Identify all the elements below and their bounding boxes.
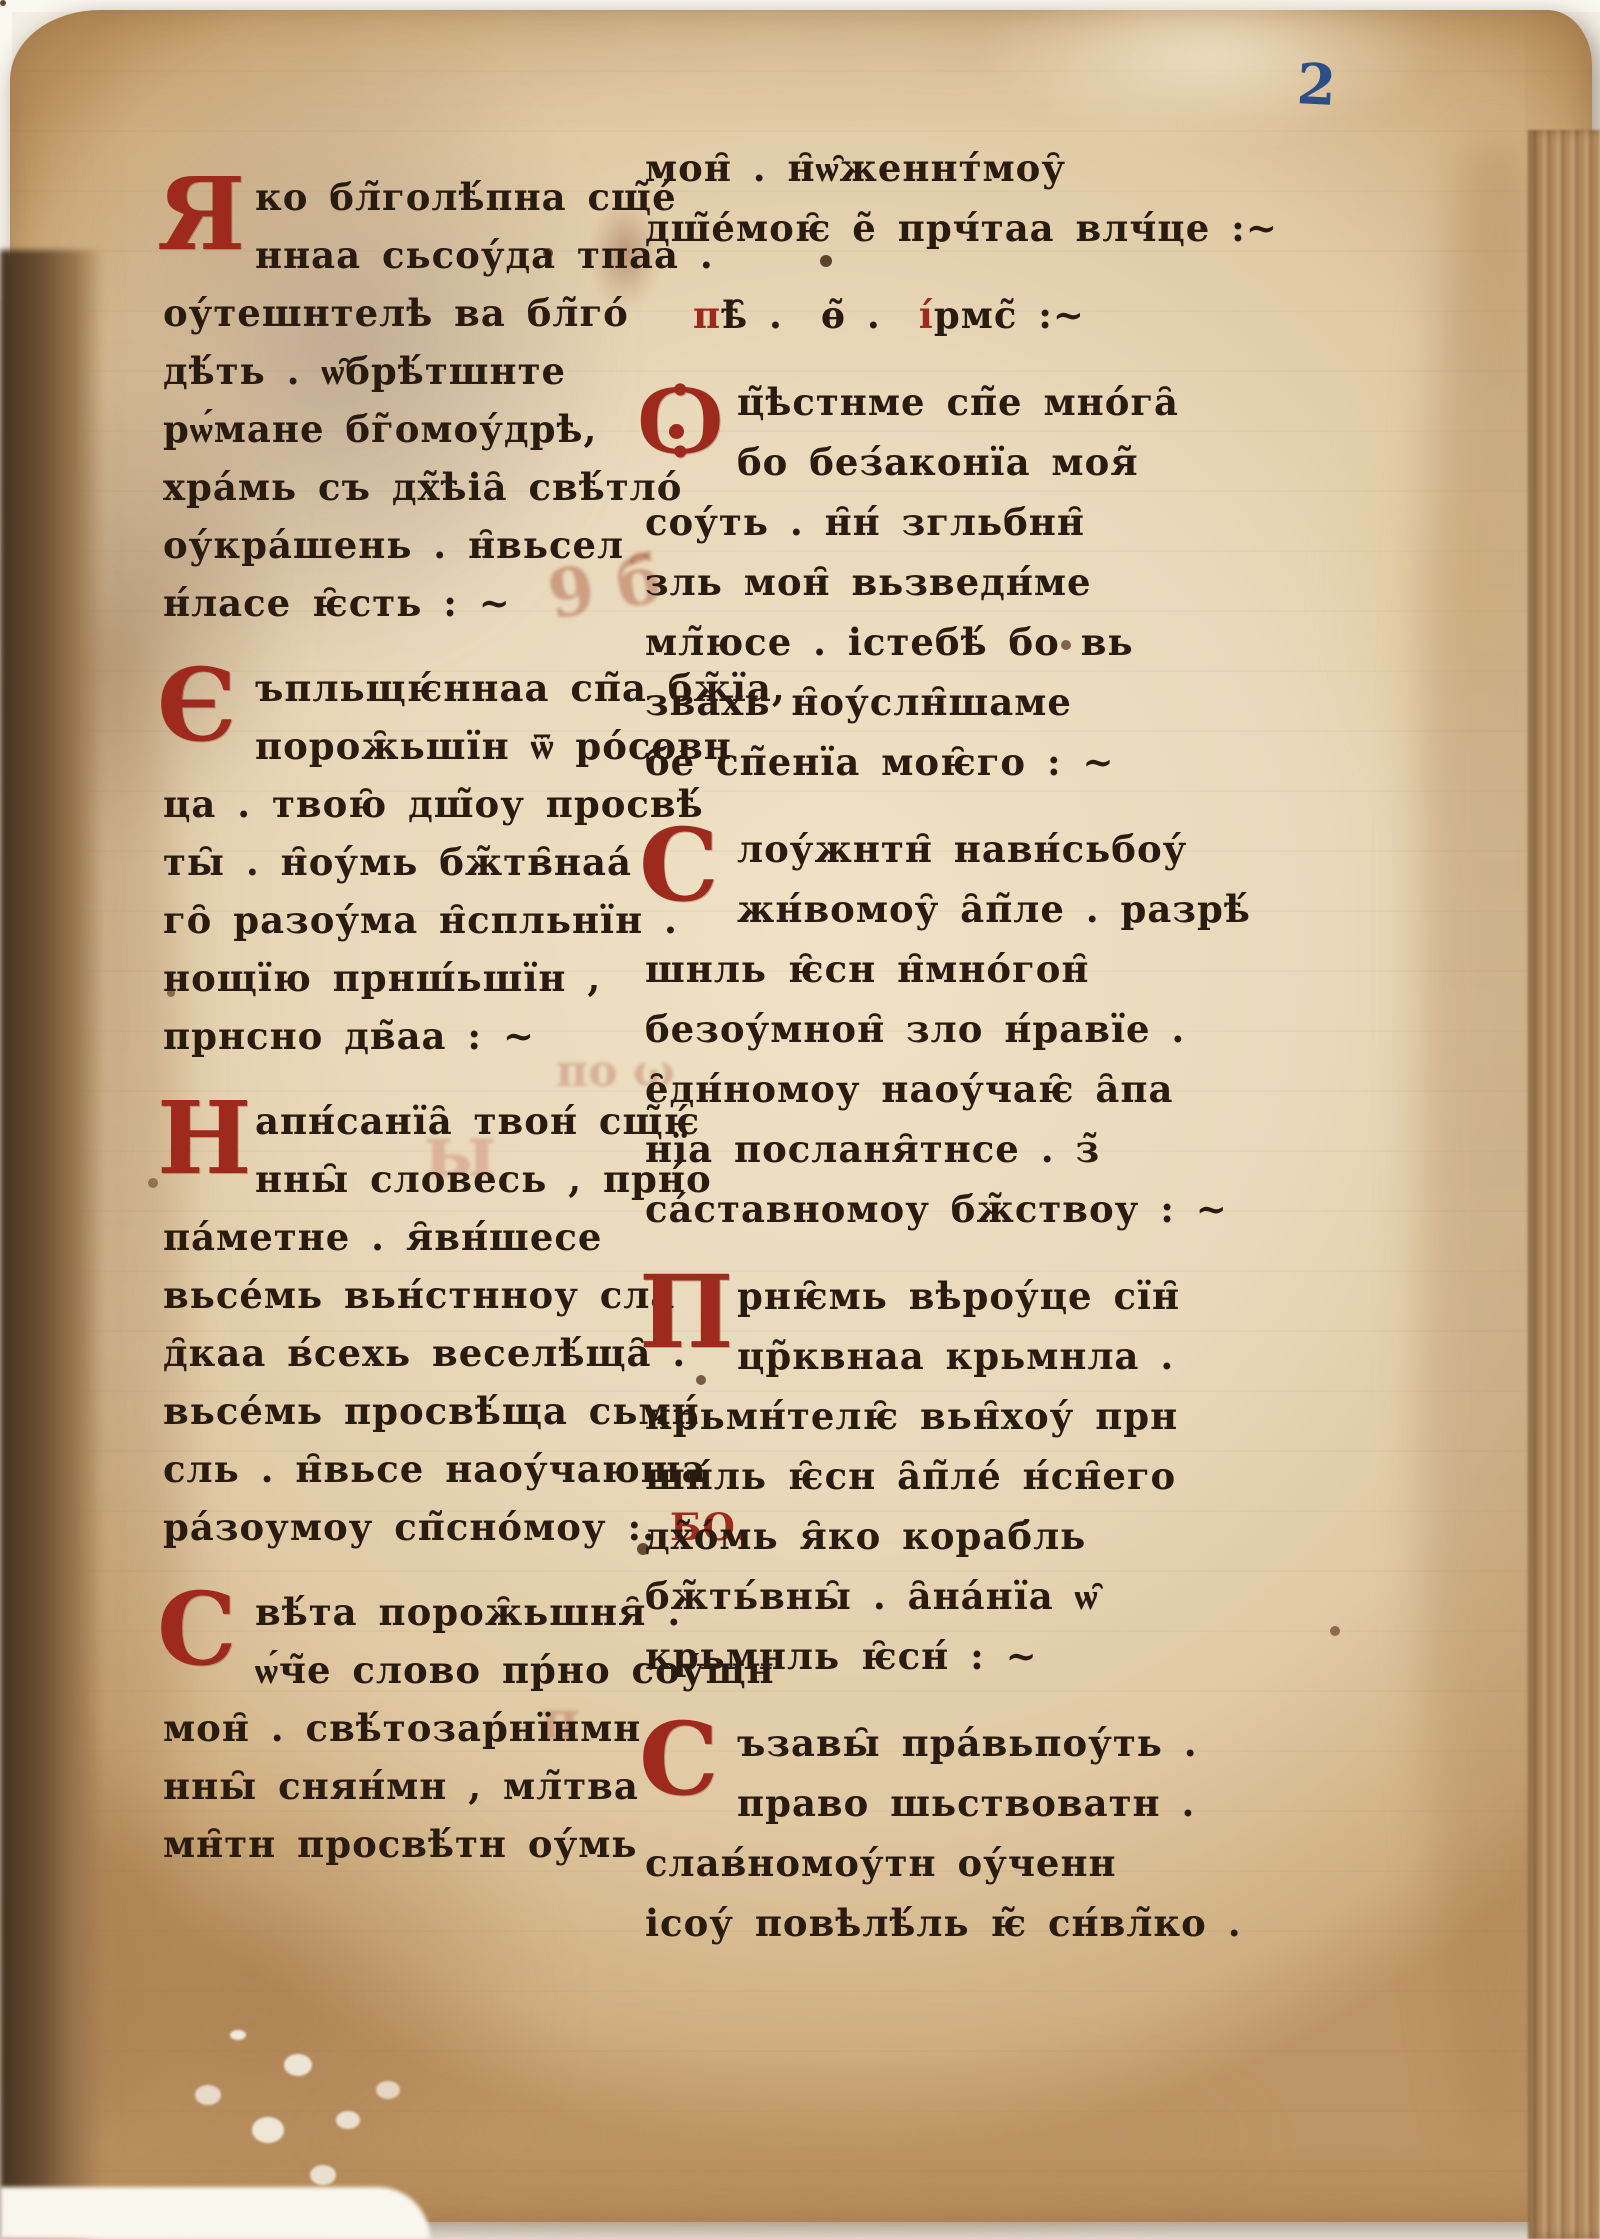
text-line: мл̃юсе . істебѣ́ бо вь (645, 612, 1285, 672)
text-line: дш̃е́моѥ̑ е̃ прч́таа влч́це :~ (645, 198, 1285, 258)
text-line: звахь н̑оу́слн̑шаме (645, 672, 1285, 732)
text-line: ъзавы̑ пра́вьпоу́ть . (645, 1713, 1285, 1773)
text-line: ісоу́ повѣлѣ́ль ѥ̃ сн́вл̃ко . (645, 1893, 1285, 1953)
paragraph-lines: ъзавы̑ пра́вьпоу́ть .право шьствоватн .с… (645, 1713, 1285, 1953)
text-line: нны̑ снян́мн , мл̃тва (163, 1757, 593, 1815)
text-line: безоу́мнон̑ зло н́равїе . (645, 999, 1285, 1059)
wormholes (0, 0, 6, 6)
text-line: дх̃о́мь я̑ко кораб́ль (645, 1506, 1285, 1566)
paragraph: Н апн́санїа̑ твон́ сщ̃ѥ́нны̑ словесь , п… (163, 1092, 593, 1556)
paragraph: Є ъпльщѥ́ннаа сп̃а бж̃їа,порож̑ьшїн ѿ ро… (163, 659, 593, 1065)
text-line: цр̃квнаа крьмнла . (645, 1326, 1285, 1386)
drop-cap-initial: Н (157, 1088, 252, 1188)
text-line: бе́ сп̃енїа моѥ̑го : ~ (645, 732, 1285, 792)
text-line: ц̃ѣстнме сп̃е мно́га̑ (645, 372, 1285, 432)
drop-cap-initial: Є (157, 655, 238, 755)
text-line: оу́тешнтелѣ ва бл̃го́ (163, 284, 593, 342)
paragraph-lines: мон̑ . н̑ѡ̑женнт́моу̑дш̃е́моѥ̑ е̃ прч́та… (645, 138, 1285, 258)
folio-number: 2 (1295, 51, 1337, 119)
text-line: ра́зоумоу сп̃сно́моу :.БО. (163, 1498, 593, 1556)
text-line: прнсно дв̃аа : ~ (163, 1007, 593, 1065)
text-line: мн̑тн просвѣ́тн оу́мь (163, 1815, 593, 1873)
paragraph-lines: лоу́жнтн̑ навн́сьбоу́жн́вомоу̑ а̑п̃ле . … (645, 819, 1285, 1239)
text-line: зль мон̑ вьзведн́ме (645, 552, 1285, 612)
text-line: крьмн́телѥ̑ вьн̑хоу́ прн (645, 1386, 1285, 1446)
text-line: бо без́аконїа моя̃ (645, 432, 1285, 492)
paragraph-lines: рнѥ̑мь вѣроу́це сїн̑цр̃квнаа крьмнла .кр… (645, 1266, 1285, 1686)
text-line: мон̑ . н̑ѡ̑женнт́моу̑ (645, 138, 1285, 198)
left-text-column: Я ко бл̃голѣ́пна сщ̃е́ннаа сьсоу́да тпаа… (163, 168, 593, 1873)
text-line: право шьствоватн . (645, 1773, 1285, 1833)
text-line: па́метне . я̑вн́шесе (163, 1208, 593, 1266)
text-line: дѣ́ть . ѡ̑брѣ́тшнте (163, 342, 593, 400)
rubric-segment: ѳ̃ . (821, 285, 881, 345)
manuscript-photo: 2 9 б̑ ы по ω п Я ко бл̃голѣ́пна сщ̃е́нн… (0, 0, 1600, 2239)
paragraph: П рнѥ̑мь вѣроу́це сїн̑цр̃квнаа крьмнла .… (645, 1266, 1285, 1686)
rubric-segment: ѣ̑ . (721, 285, 783, 345)
paragraph: С ъзавы̑ пра́вьпоу́ть .право шьствоватн … (645, 1713, 1285, 1953)
right-text-column: мон̑ . н̑ѡ̑женнт́моу̑дш̃е́моѥ̑ е̃ прч́та… (645, 138, 1285, 1953)
paragraph: С лоу́жнтн̑ навн́сьбоу́жн́вомоу̑ а̑п̃ле … (645, 819, 1285, 1239)
text-line: са́ставномоу бж̃ствоу : ~ (645, 1179, 1285, 1239)
text-line: рнѥ̑мь вѣроу́це сїн̑ (645, 1266, 1285, 1326)
drop-cap-initial: Я (157, 164, 246, 264)
rubric-segment: рмс̃ :~ (934, 285, 1085, 345)
drop-cap-initial: С (157, 1579, 238, 1679)
text-line: жн́вомоу̑ а̑п̃ле . разрѣ́ (645, 879, 1285, 939)
text-line: шн́ль ѥ̑сн а̑п̃ле́ н́сн̑его (645, 1446, 1285, 1506)
text-line: хра́мь съ дх̃ѣіа̑ свѣ́тло́ (163, 458, 593, 516)
text-line: ца . твою̑ дш̃оу просвѣ́ (163, 775, 593, 833)
page-edges-right (1528, 130, 1600, 2239)
torn-corner-bottom-left (0, 2187, 430, 2239)
paragraph: мон̑ . н̑ѡ̑женнт́моу̑дш̃е́моѥ̑ е̃ прч́та… (645, 138, 1285, 258)
text-line: вьсе́мь вьн́стнноу сла́ (163, 1266, 593, 1324)
paragraph: С вѣ́та порож̑ьшня̑ .ѡ́ч̃е слово пр́но с… (163, 1583, 593, 1873)
text-line: оу́кра́шень . н̑вьсел (163, 516, 593, 574)
text-line: вьсе́мь просвѣ́ща сьмн́ (163, 1382, 593, 1440)
paragraph-lines: ц̃ѣстнме сп̃е мно́га̑бо без́аконїа моя̃с… (645, 372, 1285, 792)
wax-drips (230, 2030, 246, 2040)
drop-cap-initial: С (639, 1709, 720, 1809)
text-line: слав́номоу́тн оу́ченн (645, 1833, 1285, 1893)
text-line: соу́ть . н̑н́ згльбнн̑ (645, 492, 1285, 552)
text-line: сль . н̑вьсе наоу́чающа (163, 1440, 593, 1498)
drop-cap-initial: П (639, 1262, 734, 1362)
rubric-line: пѣ̑ .ѳ̃ .і́рмс̃ :~ (645, 285, 1285, 345)
text-line: н́ласе ѥ̑сть : ~ (163, 574, 593, 632)
text-line: шнль ѥ̑сн н̑мно́гон̑ (645, 939, 1285, 999)
rubric-segment: і́ (919, 285, 934, 345)
text-line: д̑каа в́сехь веселѣ́ща̑ . (163, 1324, 593, 1382)
drop-cap-initial: С (639, 815, 720, 915)
text-line: мон̑ . свѣ́тозар́нїнмн (163, 1699, 593, 1757)
text-line: го̑ разоу́ма н̑спльнїн . (163, 891, 593, 949)
paragraph: Я ко бл̃голѣ́пна сщ̃е́ннаа сьсоу́да тпаа… (163, 168, 593, 632)
text-line: ты̑ . н̑оу́мь бж̃тв̑наа́ (163, 833, 593, 891)
text-line: бж̃ть́вны̑ . а̑на́нїа ѡ̑ (645, 1566, 1285, 1626)
text-line: лоу́жнтн̑ навн́сьбоу́ (645, 819, 1285, 879)
binding-edge-left (0, 250, 104, 2239)
drop-cap-initial: Ѻ (639, 368, 722, 468)
rubric-segment: п (693, 285, 721, 345)
text-line: крьмнль ѥ̑сн́ : ~ (645, 1626, 1285, 1686)
text-line: е̑дн́номоу наоу́чаѥ̑ а̑па (645, 1059, 1285, 1119)
paragraph: Ѻ ц̃ѣстнме сп̃е мно́га̑бо без́аконїа моя… (645, 372, 1285, 792)
text-line: рѡ́мане бг̃омоу́дрѣ, (163, 400, 593, 458)
text-line: нїа посланя̑тнсе . з̃ (645, 1119, 1285, 1179)
text-line: нощїю прнш́ьшїн , (163, 949, 593, 1007)
